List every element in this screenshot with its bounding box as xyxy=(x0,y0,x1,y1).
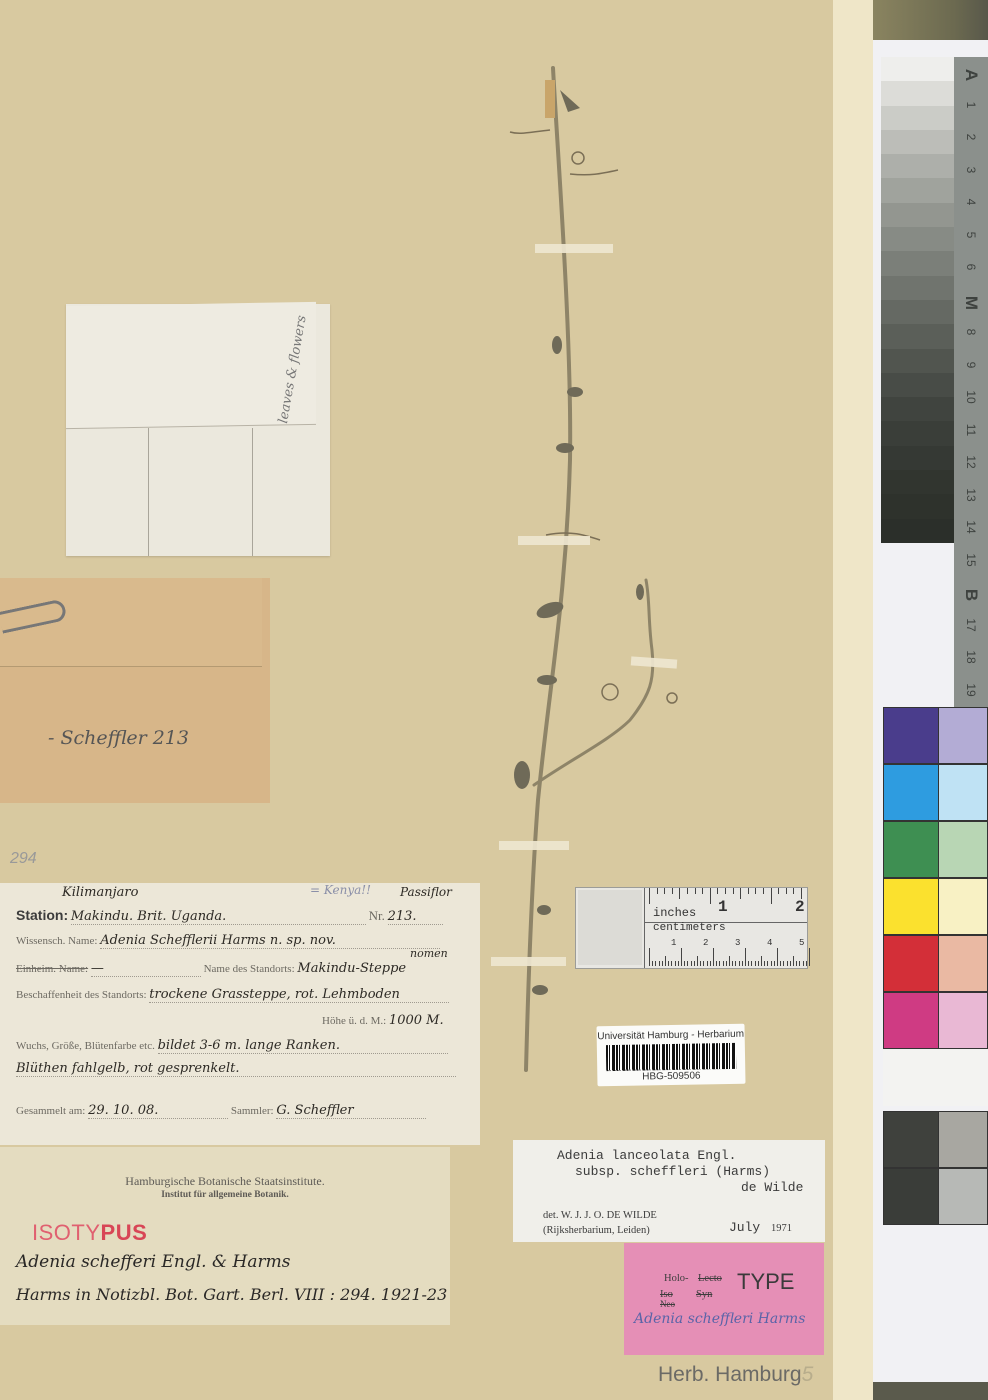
ruler-tick xyxy=(751,961,752,966)
ruler-tick xyxy=(657,888,658,894)
gray-step-label: 5 xyxy=(964,218,978,252)
ruler-tick xyxy=(710,961,711,966)
ruler-tick xyxy=(726,961,727,966)
ruler-tick xyxy=(664,888,665,894)
ruler-tick xyxy=(745,948,746,966)
ruler-tick xyxy=(702,888,703,894)
gesammelt-label: Gesammelt am: xyxy=(16,1105,85,1117)
ruler-cm-5: 5 xyxy=(799,938,804,948)
packet-fold xyxy=(148,428,149,556)
ruler-tick xyxy=(755,888,756,894)
ruler-tick xyxy=(755,961,756,966)
type-name: Adenia scheffleri Harms xyxy=(634,1311,805,1327)
ruler-tick xyxy=(717,888,718,894)
color-patch xyxy=(883,707,939,764)
type-label: Holo- Lecto Iso Syn Neo TYPE Adenia sche… xyxy=(624,1243,824,1355)
ruler-tick xyxy=(793,956,794,966)
type-syn: Syn xyxy=(696,1289,712,1300)
einheim-value: — xyxy=(91,961,201,977)
sheet-pencil-number: 294 xyxy=(10,850,37,868)
gray-step-label: 11 xyxy=(964,413,978,447)
color-patch-light xyxy=(938,878,988,935)
color-patch xyxy=(883,1111,939,1168)
ruler-tick xyxy=(655,961,656,966)
det-name-line2: subsp. scheffleri (Harms) xyxy=(575,1164,770,1179)
scanner-edge-bottom xyxy=(873,1382,988,1400)
gesammelt-value: 29. 10. 08. xyxy=(88,1103,228,1119)
standort-name-value: Makindu-Steppe xyxy=(297,961,406,976)
annotation-family: Passiflor xyxy=(400,885,452,899)
color-patch-light xyxy=(938,821,988,878)
ruler-tick xyxy=(733,888,734,894)
scanner-edge xyxy=(873,0,988,40)
ruler-tick xyxy=(748,961,749,966)
ruler-tick xyxy=(780,961,781,966)
hoehe-label: Höhe ü. d. M.: xyxy=(322,1015,386,1027)
gray-step xyxy=(881,81,954,105)
gray-step-label: 1 xyxy=(964,88,978,122)
ruler-tick xyxy=(748,888,749,894)
gray-step-label: 14 xyxy=(964,510,978,544)
wuchs-label: Wuchs, Größe, Blütenfarbe etc. xyxy=(16,1040,155,1052)
ruler-cm-3: 3 xyxy=(735,938,740,948)
gray-step xyxy=(881,324,954,348)
ruler-tick xyxy=(723,961,724,966)
ruler-cm-2: 2 xyxy=(703,938,708,948)
gray-step xyxy=(881,470,954,494)
wuchs-value-2: Blüthen fahlgelb, rot gesprenkelt. xyxy=(16,1061,456,1077)
scale-ruler: inches 1 2 centimeters 1 2 3 4 5 xyxy=(575,887,808,969)
ruler-cm-label: centimeters xyxy=(653,922,726,934)
ruler-tick xyxy=(716,961,717,966)
mounting-strip xyxy=(499,841,569,850)
gray-scale-strip xyxy=(881,57,954,543)
ruler-tick xyxy=(652,961,653,966)
ruler-cm-4: 4 xyxy=(767,938,772,948)
gray-step xyxy=(881,421,954,445)
gray-step-label: 12 xyxy=(964,445,978,479)
ruler-tick xyxy=(687,888,688,894)
ruler-tick xyxy=(740,888,741,899)
ruler-tick xyxy=(662,961,663,966)
ruler-tick xyxy=(763,888,764,894)
ruler-tick xyxy=(739,961,740,966)
hoehe-value: 1000 M. xyxy=(389,1013,444,1028)
ruler-tick xyxy=(710,888,711,904)
det-by: det. W. J. J. O. DE WILDE xyxy=(543,1210,657,1221)
gray-step-label: 6 xyxy=(964,250,978,284)
gray-step xyxy=(881,373,954,397)
mounting-strip xyxy=(518,536,590,545)
ruler-tick xyxy=(678,961,679,966)
ruler-tick xyxy=(691,961,692,966)
sammler-value: G. Scheffler xyxy=(276,1103,426,1119)
institute-department: Institut für allgemeine Botanik. xyxy=(0,1190,450,1200)
barcode-label: Universität Hamburg - Herbarium HBG-5095… xyxy=(596,1024,745,1087)
gray-step xyxy=(881,106,954,130)
annotation-kenya: = Kenya!! xyxy=(310,883,371,897)
ruler-tick xyxy=(695,888,696,894)
packet-fold xyxy=(252,428,253,556)
ruler-tick xyxy=(668,961,669,966)
det-name-line3: de Wilde xyxy=(741,1180,803,1195)
collection-label: Kilimanjaro = Kenya!! Passiflor Station:… xyxy=(0,883,480,1145)
ruler-tick xyxy=(809,948,810,966)
type-title: TYPE xyxy=(737,1269,794,1295)
station-value: Makindu. Brit. Uganda. xyxy=(71,909,366,925)
ruler-tick xyxy=(703,961,704,966)
einheim-label: Einheim. Name: xyxy=(16,963,88,975)
gray-step xyxy=(881,227,954,251)
institute-name: Hamburgische Botanische Staatsinstitute. xyxy=(0,1174,450,1189)
gray-step xyxy=(881,203,954,227)
gray-step xyxy=(881,251,954,275)
color-patch xyxy=(883,764,939,821)
ruler-tick xyxy=(796,961,797,966)
isotypus-stamp-part1: ISOTY xyxy=(32,1220,101,1245)
gray-step xyxy=(881,154,954,178)
ruler-tick xyxy=(764,961,765,966)
color-patch xyxy=(883,1168,939,1225)
color-patch xyxy=(883,935,939,992)
ruler-tick xyxy=(649,948,650,966)
ruler-tick xyxy=(675,961,676,966)
ruler-tick xyxy=(778,888,779,894)
wuchs-value-1: bildet 3-6 m. lange Ranken. xyxy=(158,1038,448,1054)
ruler-tick xyxy=(713,948,714,966)
isotype-name: Adenia schefferi Engl. & Harms xyxy=(16,1252,290,1272)
ruler-tick xyxy=(672,888,673,894)
gray-step-label: 9 xyxy=(964,348,978,382)
ruler-tick xyxy=(793,888,794,894)
ruler-tick xyxy=(790,961,791,966)
gray-step xyxy=(881,494,954,518)
ruler-tick xyxy=(707,961,708,966)
wissensch-note: nomen xyxy=(410,947,448,960)
ruler-tick xyxy=(700,961,701,966)
gray-step-label: 2 xyxy=(964,120,978,154)
herbarium-stamp-text: Herb. Hamburg xyxy=(658,1363,802,1386)
isotypus-stamp: ISOTYPUS xyxy=(32,1220,147,1246)
ruler-tick xyxy=(774,961,775,966)
ruler-tick xyxy=(732,961,733,966)
ruler-scale: inches 1 2 centimeters 1 2 3 4 5 xyxy=(644,888,807,968)
color-patch-light xyxy=(938,935,988,992)
gray-step xyxy=(881,446,954,470)
gray-step-label: A xyxy=(961,58,981,92)
ruler-tick xyxy=(719,961,720,966)
gray-step-label: 4 xyxy=(964,185,978,219)
ruler-cm-1: 1 xyxy=(671,938,676,948)
gray-step-label: 3 xyxy=(964,153,978,187)
ruler-tick xyxy=(725,888,726,894)
gray-step-label: 17 xyxy=(964,608,978,642)
ruler-inch-2: 2 xyxy=(795,898,805,916)
gray-step-label: 19 xyxy=(964,673,978,707)
color-patch-light xyxy=(938,992,988,1049)
gray-step-label: 13 xyxy=(964,478,978,512)
color-patch-light xyxy=(938,1168,988,1225)
ruler-tick xyxy=(729,956,730,966)
type-holo: Holo- xyxy=(664,1273,689,1284)
gray-step xyxy=(881,349,954,373)
gray-scale-labels: A123456M89101112131415B171819 xyxy=(954,57,988,707)
ruler-tick xyxy=(801,888,802,899)
gray-step xyxy=(881,57,954,81)
ruler-tick xyxy=(687,961,688,966)
ruler-tick xyxy=(684,961,685,966)
ruler-inch-1: 1 xyxy=(718,898,728,916)
color-patch xyxy=(883,821,939,878)
standort-name-label: Name des Standorts: xyxy=(204,963,295,975)
ruler-tick xyxy=(671,961,672,966)
gray-step xyxy=(881,130,954,154)
ruler-tick xyxy=(758,961,759,966)
mounting-strip xyxy=(535,244,613,253)
ruler-tick xyxy=(799,961,800,966)
envelope-note: - Scheffler 213 xyxy=(48,727,189,749)
ruler-tick xyxy=(742,961,743,966)
ruler-tick xyxy=(771,961,772,966)
type-neo: Neo xyxy=(660,1299,675,1309)
ruler-tick xyxy=(806,961,807,966)
gray-step xyxy=(881,397,954,421)
ruler-tick xyxy=(679,888,680,899)
isotype-citation: Harms in Notizbl. Bot. Gart. Berl. VIII … xyxy=(16,1285,447,1304)
barcode-bars xyxy=(606,1043,736,1071)
ruler-tick xyxy=(767,961,768,966)
barcode-title: Universität Hamburg - Herbarium xyxy=(597,1029,745,1043)
ruler-tick xyxy=(777,948,778,966)
station-label: Station: xyxy=(16,907,68,923)
ruler-tick xyxy=(697,956,698,966)
annotation-locality: Kilimanjaro xyxy=(62,885,138,900)
ruler-tick xyxy=(681,948,682,966)
gray-step xyxy=(881,300,954,324)
det-date-year: 1971 xyxy=(771,1223,792,1234)
beschaffenheit-value: trockene Grassteppe, rot. Lehmboden xyxy=(149,987,449,1003)
scan-mat xyxy=(833,0,875,1400)
ruler-tick xyxy=(803,961,804,966)
gray-step xyxy=(881,519,954,543)
gray-step-label: 18 xyxy=(964,640,978,674)
nr-value: 213. xyxy=(388,909,443,925)
det-date-month: July xyxy=(729,1220,760,1235)
isotypus-stamp-part2: PUS xyxy=(101,1220,148,1245)
herbarium-stamp-suffix: 5 xyxy=(802,1363,814,1386)
ruler-inches-label: inches xyxy=(653,906,696,920)
ruler-tick xyxy=(659,961,660,966)
ruler-tick xyxy=(787,961,788,966)
det-institution: (Rijksherbarium, Leiden) xyxy=(543,1225,650,1236)
color-patch xyxy=(883,878,939,935)
color-patch xyxy=(883,1049,988,1106)
gray-step xyxy=(881,178,954,202)
ruler-tick xyxy=(761,956,762,966)
ruler-tick xyxy=(786,888,787,894)
ruler-blank xyxy=(578,890,642,965)
wissensch-label: Wissensch. Name: xyxy=(16,935,97,947)
sammler-label: Sammler: xyxy=(231,1105,274,1117)
herbarium-stamp: Herb. Hamburg5 xyxy=(658,1363,813,1387)
barcode-id: HBG-509506 xyxy=(597,1070,745,1084)
ruler-tick xyxy=(665,956,666,966)
nr-label: Nr. xyxy=(369,908,385,923)
ruler-tick xyxy=(694,961,695,966)
gray-step xyxy=(881,276,954,300)
mounting-strip xyxy=(491,957,566,966)
wissensch-value: Adenia Schefflerii Harms n. sp. nov. xyxy=(100,933,440,949)
gray-step-label: 8 xyxy=(964,315,978,349)
gray-step-label: B xyxy=(961,578,981,612)
type-lecto: Lecto xyxy=(698,1273,722,1284)
beschaffenheit-label: Beschaffenheit des Standorts: xyxy=(16,989,147,1001)
gray-step-label: 10 xyxy=(964,380,978,414)
ruler-tick xyxy=(735,961,736,966)
color-patch-light xyxy=(938,707,988,764)
gray-step-label: 15 xyxy=(964,543,978,577)
color-patch-light xyxy=(938,764,988,821)
ruler-tick xyxy=(649,888,650,904)
ruler-tick xyxy=(783,961,784,966)
color-patch-light xyxy=(938,1111,988,1168)
determination-label: Adenia lanceolata Engl. subsp. scheffler… xyxy=(513,1140,825,1242)
det-name-line1: Adenia lanceolata Engl. xyxy=(557,1148,736,1163)
ruler-tick xyxy=(771,888,772,904)
color-patch xyxy=(883,992,939,1049)
